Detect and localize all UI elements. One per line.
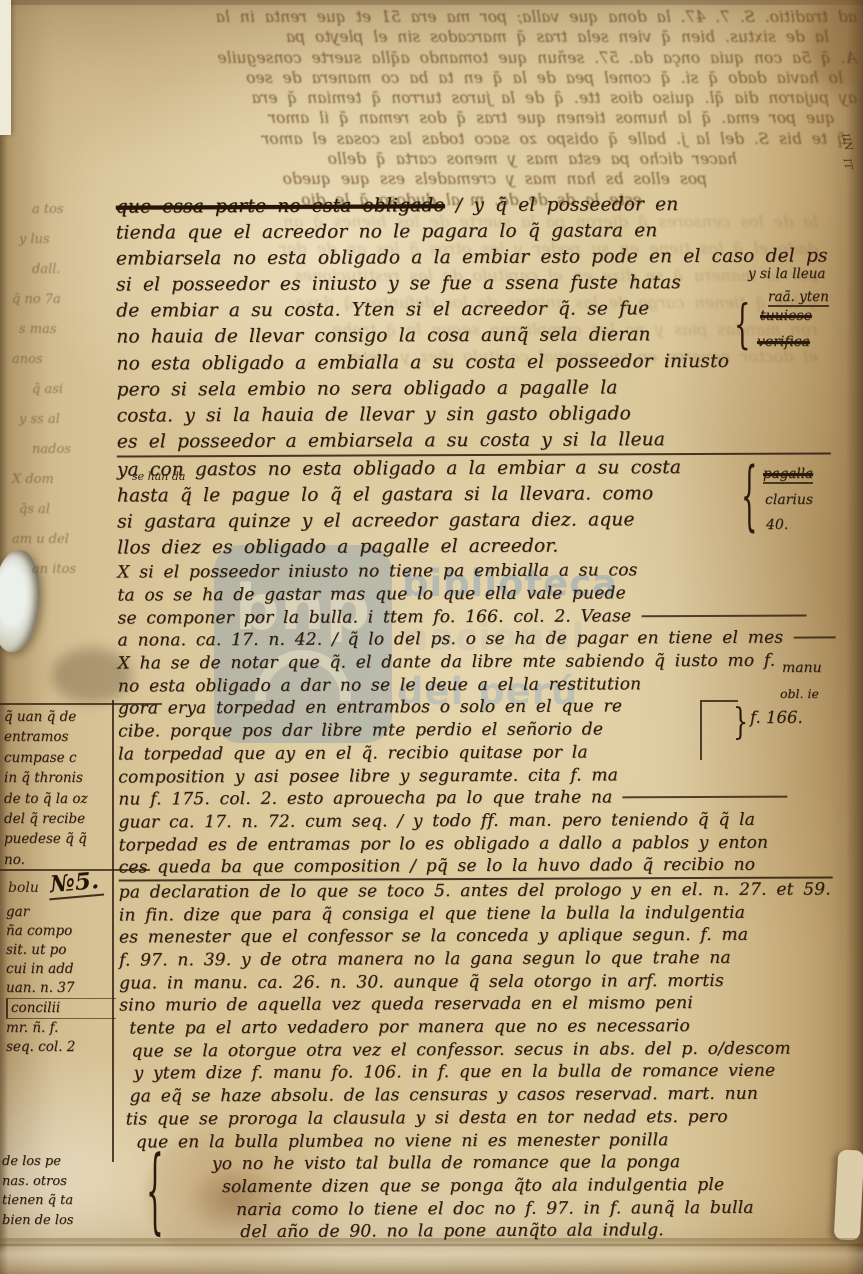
- manuscript-line: que se la otorgue otra vez el confessor.…: [131, 1037, 833, 1063]
- margin-note-f166: f. 166.: [750, 708, 803, 727]
- margin-brace: {: [734, 300, 751, 352]
- manuscript-line: in fin. dize que para q̃ consiga el que …: [119, 901, 833, 927]
- faded-margin-fragment: nados: [32, 442, 114, 457]
- faded-margin-fragment: q̃ no 7a: [12, 292, 114, 307]
- faded-margin-fragment: X dom: [12, 472, 114, 487]
- margin-brace: }: [733, 704, 748, 740]
- manuscript-line: no esta obligado a dar no se le deue a e…: [118, 672, 832, 698]
- bleedthrough-line: la de sixtus. bien q̃ vien sela tras q̃ …: [62, 27, 829, 47]
- margin-note: gar: [6, 903, 116, 922]
- manuscript-line: sino murio de aquella vez queda reservad…: [119, 992, 833, 1018]
- margin-note-raa-yten: raã. yten: [768, 289, 829, 307]
- left-margin-faded-notes: a tosy lusdall.q̃ no 7as masanosq̃ asiy …: [12, 202, 114, 592]
- bleedthrough-line: A. q̃ 5a con quia onça da. 57. señun que…: [62, 48, 857, 68]
- margin-note-tuviese: tuuiese: [760, 308, 812, 324]
- manuscript-line: X ha se de notar que q̃. el dante da lib…: [118, 650, 832, 676]
- margin-note: q̃ uan q̃ de: [4, 707, 114, 727]
- manuscript-line: torpedad es de entramas por lo es obliga…: [119, 831, 833, 857]
- faded-margin-fragment: dall.: [32, 262, 114, 277]
- bleedthrough-line: lo havia dado q̃ si. q̃ comel pea de la …: [62, 68, 843, 88]
- manuscript-line: ya con gastos no esta obligado a la embi…: [117, 454, 831, 483]
- margin-note: nas. otros: [2, 1172, 128, 1192]
- left-margin-note-group-c: de los penas. otrostienen q̃ tabien de l…: [2, 1152, 128, 1230]
- bleedthrough-line: ad traditio. S. 7. 47. la dona que valla…: [62, 7, 857, 27]
- bleedthrough-line: que por ema. q̃ la humos tienen que tras…: [62, 108, 835, 128]
- margin-note: in q̃ thronis: [4, 768, 114, 788]
- faded-margin-fragment: s mas: [19, 322, 114, 337]
- margin-note: cui in add: [6, 960, 116, 979]
- manuscript-line: si gastara quinze y el acreedor gastara …: [117, 507, 831, 536]
- torn-flap: [834, 1149, 863, 1240]
- manuscript-line: no hauia de llevar consigo la cosa aunq̃…: [116, 322, 830, 351]
- margin-note: de los pe: [2, 1152, 128, 1172]
- faded-margin-fragment: anos: [12, 352, 114, 367]
- margin-note: de to q̃ la oz: [4, 789, 114, 809]
- margin-note: cumpase c: [4, 748, 114, 768]
- margin-note: sit. ut po: [6, 941, 116, 960]
- margin-note: tienen q̃ ta: [2, 1191, 128, 1211]
- margin-note-pagalla: pagalla: [763, 466, 813, 484]
- manuscript-line: solamente dizen que se ponga q̃to ala in…: [222, 1173, 834, 1198]
- margin-note-verifica: verifica: [757, 334, 810, 350]
- paper-corner-sliver: [0, 0, 11, 135]
- margin-note-40: 40.: [766, 517, 788, 533]
- manuscript-line: del año de 90. no la pone aunq̃to ala in…: [240, 1219, 834, 1244]
- manuscript-line: y ytem dize f. manu fo. 106. in f. que e…: [134, 1060, 834, 1086]
- faded-margin-fragment: an itos: [32, 562, 114, 577]
- manuscript-line: costa. y si la hauia de llevar y sin gas…: [117, 400, 831, 429]
- margin-note: uan. n. 37: [6, 979, 116, 998]
- manuscript-line: hasta q̃ le pague lo q̃ el gastara si la…: [117, 480, 831, 509]
- manuscript-line: si el posseedor es iniusto y se fue a ss…: [116, 270, 830, 299]
- manuscript-line: tienda que el acreedor no le pagara lo q…: [116, 218, 830, 247]
- margin-note: puedese q̃ q̃: [4, 829, 114, 849]
- margin-note: concilii: [6, 998, 116, 1019]
- interlinear-note: se han da: [132, 470, 185, 483]
- margin-note-clarius: clarius: [765, 492, 813, 508]
- manuscript-line: es el posseedor a embiarsela a su costa …: [117, 426, 831, 457]
- bleedthrough-line: ay pujaron dia q̃l. quiso dios tte. q̃ d…: [62, 88, 857, 108]
- manuscript-line: llos diez es obligado a pagalle el acree…: [117, 533, 831, 562]
- margin-note: mr. ñ. f.: [6, 1019, 116, 1038]
- manuscript-line: ga eq̃ se haze absolu. de las censuras y…: [130, 1083, 834, 1109]
- margin-note-lleva: y si la lleua: [748, 266, 825, 282]
- manuscript-line: tis que se proroga la clausula y si dest…: [126, 1105, 834, 1131]
- bleedthrough-line: pos ellos bs han mas y cremadels ess que…: [62, 169, 707, 189]
- faded-margin-fragment: q̃s al: [19, 502, 114, 517]
- margin-note: entramos: [4, 727, 114, 747]
- manuscript-line: se componer por la bulla. i ttem fo. 166…: [118, 604, 832, 630]
- manuscript-line: yo no he visto tal bulla de romance que …: [212, 1151, 834, 1176]
- manuscript-line: pa declaration de lo que se toco 5. ante…: [119, 878, 833, 904]
- margin-note-bolu: bolu: [8, 880, 39, 896]
- manuscript-line: a nona. ca. 17. n. 42. / q̃ lo del ps. o…: [118, 627, 832, 653]
- margin-note: bien de los: [2, 1211, 128, 1231]
- faded-margin-fragment: am u del: [12, 532, 114, 547]
- faded-margin-fragment: y lus: [19, 232, 114, 247]
- faded-margin-fragment: q̃ asi: [32, 382, 114, 397]
- margin-note-oblie: obl. ie: [780, 686, 819, 701]
- manuscript-line: embiarsela no esta obligado a la embiar …: [116, 244, 830, 273]
- manuscript-line: que en la bulla plumbea no viene ni es m…: [136, 1128, 834, 1154]
- margin-note: seq. col. 2: [6, 1038, 116, 1057]
- bleedthrough-block: ad traditio. S. 7. 47. la dona que valla…: [62, 7, 857, 210]
- manuscript-line: es menester que el confessor se la conce…: [119, 924, 833, 950]
- manuscript-line: tente pa el arto vedadero por manera que…: [129, 1015, 833, 1041]
- faded-margin-fragment: y ss al: [19, 412, 114, 427]
- manuscript-line: ces queda ba que composition / pq̃ se lo…: [119, 854, 833, 882]
- faded-margin-fragment: a tos: [32, 202, 114, 217]
- manuscript-line: naria como lo tiene el doc no f. 97. in …: [236, 1196, 834, 1221]
- manuscript-line: gua. in manu. ca. 26. n. 30. aunque q̃ s…: [119, 969, 833, 995]
- manuscript-line: no esta obligado a embialla a su costa e…: [116, 348, 830, 377]
- left-margin-note-group-b: garña composit. ut pocui in adduan. n. 3…: [6, 903, 116, 1057]
- margin-number-5: №5.: [47, 867, 104, 901]
- manuscript-line: f. 97. n. 39. y de otra manera no la gan…: [119, 946, 833, 972]
- manuscript-line: pero si sela embio no sera obligado a pa…: [117, 374, 831, 403]
- left-margin-note-group-a: q̃ uan q̃ deentramoscumpase cin q̃ thron…: [4, 707, 114, 870]
- margin-brace: {: [741, 460, 758, 535]
- manuscript-line: composition y asi posee libre y seguramt…: [118, 763, 832, 789]
- bleedthrough-line: q̃ te bis S. del la j. balle q̃ obispo z…: [62, 129, 847, 149]
- manuscript-line: de embiar a su costa. Yten si el acreedo…: [116, 296, 830, 325]
- paper-top-edge: [0, 0, 863, 5]
- margin-note: del q̃ recibe: [4, 809, 114, 829]
- manuscript-line: guar ca. 17. n. 72. cum seq. / y todo ff…: [118, 808, 832, 834]
- manuscript-line: ta os se ha de gastar mas que lo que ell…: [117, 581, 831, 607]
- manuscript-page: bnp biblioteca nacional del perú ad trad…: [0, 0, 863, 1274]
- manuscript-line: que essa parte no esta obligado / y q̃ e…: [116, 191, 830, 220]
- manuscript-line: X si el posseedor iniusto no tiene pa em…: [117, 559, 831, 585]
- manuscript-line: nu f. 175. col. 2. esto aprouecha pa lo …: [118, 786, 832, 812]
- margin-note: ña compo: [6, 922, 116, 941]
- bleedthrough-line: hacer dicho pa esta mas y menos carta q̃…: [62, 149, 737, 169]
- margin-note-manu: manu: [782, 660, 822, 676]
